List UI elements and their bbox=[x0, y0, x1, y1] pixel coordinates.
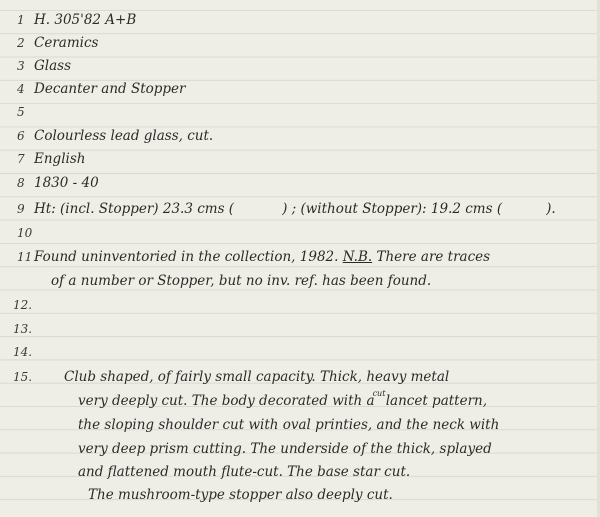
description-line-4: very deep prism cutting. The underside o… bbox=[78, 438, 492, 461]
entry-3: 3 Glass bbox=[0, 55, 600, 78]
dimensions: Ht: (incl. Stopper) 23.3 cms () ; (witho… bbox=[34, 198, 556, 221]
entry-15-line-2: very deeply cut. The body decorated with… bbox=[0, 390, 600, 413]
date: 1830 - 40 bbox=[34, 172, 99, 195]
place-of-origin: English bbox=[34, 148, 85, 171]
entry-8: 8 1830 - 40 bbox=[0, 172, 600, 195]
height-with-stopper: Ht: (incl. Stopper) 23.3 cms ( bbox=[34, 201, 234, 217]
entry-number: 12. bbox=[13, 294, 33, 317]
entry-15-line-6: The mushroom-type stopper also deeply cu… bbox=[0, 484, 600, 507]
description-line-1: Club shaped, of fairly small capacity. T… bbox=[64, 366, 449, 389]
provenance-note: Found uninventoried in the collection, 1… bbox=[34, 246, 490, 269]
entry-1: 1 H. 305'82 A+B bbox=[0, 9, 600, 32]
description-line-6: The mushroom-type stopper also deeply cu… bbox=[88, 484, 393, 507]
provenance-note-line-2: of a number or Stopper, but no inv. ref.… bbox=[51, 270, 431, 293]
museum-number: H. 305'82 A+B bbox=[34, 9, 136, 32]
nb-label: N.B. bbox=[343, 249, 372, 265]
entry-number: 15. bbox=[13, 366, 33, 389]
nb-text: There are traces bbox=[376, 249, 490, 265]
description-line-3: the sloping shoulder cut with oval print… bbox=[78, 414, 499, 437]
entry-number: 13. bbox=[13, 318, 33, 341]
inserted-word: cut bbox=[373, 389, 386, 398]
entry-7: 7 English bbox=[0, 148, 600, 171]
dimensions-close: ). bbox=[546, 201, 556, 217]
entry-14: 14. bbox=[0, 341, 600, 364]
entry-4: 4 Decanter and Stopper bbox=[0, 78, 600, 101]
material-category: Glass bbox=[34, 55, 71, 78]
entry-15: 15. Club shaped, of fairly small capacit… bbox=[0, 366, 600, 389]
entry-5: 5 bbox=[0, 101, 600, 124]
entry-15-line-4: very deep prism cutting. The underside o… bbox=[0, 438, 600, 461]
object-name: Decanter and Stopper bbox=[34, 78, 185, 101]
department: Ceramics bbox=[34, 32, 98, 55]
entry-number: 5 bbox=[17, 101, 37, 124]
entry-10: 10 bbox=[0, 222, 600, 245]
entry-6: 6 Colourless lead glass, cut. bbox=[0, 125, 600, 148]
entry-11: 11 Found uninventoried in the collection… bbox=[0, 246, 600, 269]
entry-15-line-3: the sloping shoulder cut with oval print… bbox=[0, 414, 600, 437]
record-sheet: 1 H. 305'82 A+B 2 Ceramics 3 Glass 4 Dec… bbox=[0, 0, 600, 517]
materials-technique: Colourless lead glass, cut. bbox=[34, 125, 213, 148]
entry-15-line-5: and flattened mouth flute-cut. The base … bbox=[0, 461, 600, 484]
description-line-5: and flattened mouth flute-cut. The base … bbox=[78, 461, 410, 484]
entry-number: 14. bbox=[13, 341, 33, 364]
description-line-2: very deeply cut. The body decorated with… bbox=[78, 390, 487, 414]
entry-13: 13. bbox=[0, 318, 600, 341]
height-without-stopper: ) ; (without Stopper): 19.2 cms ( bbox=[282, 201, 502, 217]
entry-2: 2 Ceramics bbox=[0, 32, 600, 55]
entry-9: 9 Ht: (incl. Stopper) 23.3 cms () ; (wit… bbox=[0, 198, 600, 221]
entry-number: 10 bbox=[17, 222, 37, 245]
entry-11-continued: of a number or Stopper, but no inv. ref.… bbox=[0, 270, 600, 293]
entry-12: 12. bbox=[0, 294, 600, 317]
